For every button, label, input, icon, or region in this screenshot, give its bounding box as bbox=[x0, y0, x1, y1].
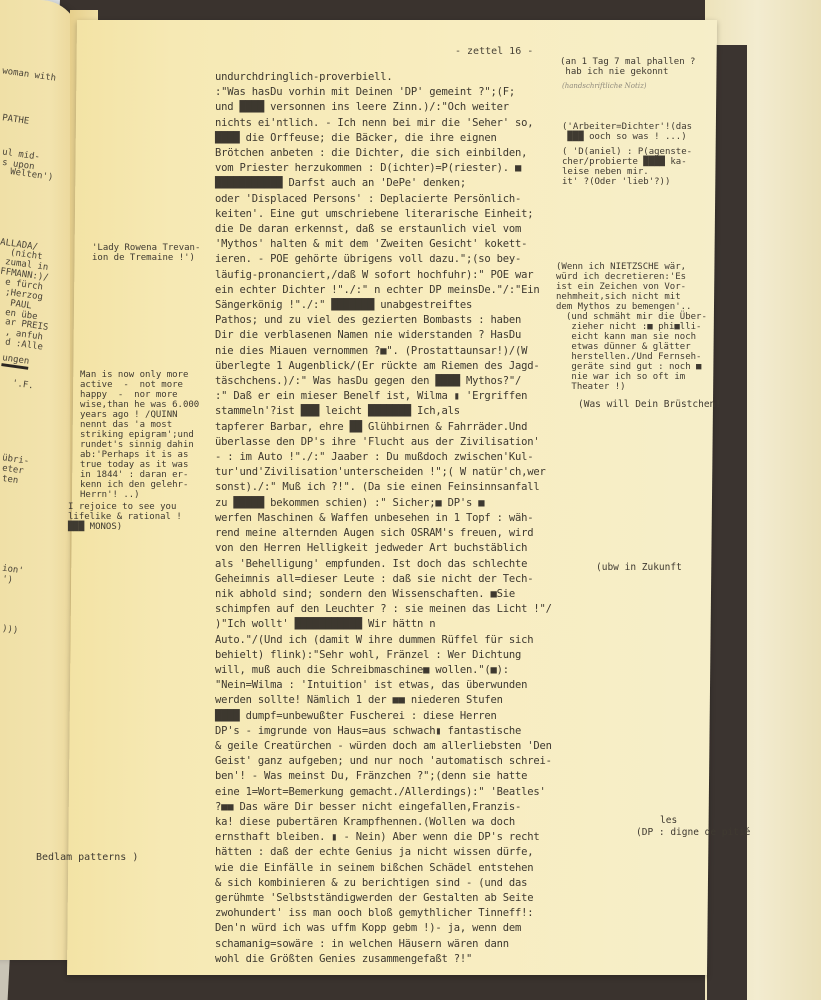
margin-note-quinn: Man is now only more active - not more h… bbox=[80, 370, 199, 500]
note-line: würd ich decretieren:'Es bbox=[556, 272, 686, 282]
note-line: rundet's sinnig dahin bbox=[80, 440, 194, 450]
text-line: Auto."/(Und ich (damit W ihre dummen Rüf… bbox=[215, 633, 585, 648]
text-line: ████ dumpf=unbewußter Fuscherei : diese … bbox=[215, 709, 585, 724]
note-line: ███ ooch so was ! ...) bbox=[562, 132, 687, 142]
note-line: 'Lady Rowena Trevan- bbox=[92, 243, 200, 253]
note-line: ('Arbeiter=Dichter'!(das bbox=[562, 122, 692, 132]
left-fragment: '.F. bbox=[11, 379, 34, 392]
margin-note-daniel: ( 'D(aniel) : P(agenste- cher/probierte … bbox=[562, 147, 692, 187]
left-fragment: ten bbox=[1, 474, 18, 486]
text-line: ka! diese pubertären Krampfhennen.(Wolle… bbox=[215, 815, 585, 830]
text-line: 'Mythos' halten & mit dem 'Zweiten Gesic… bbox=[215, 237, 585, 252]
margin-note-phallen: (an 1 Tag 7 mal phallen ? hab ich nie ge… bbox=[560, 57, 695, 77]
note-line: kenn ich den gelehr- bbox=[80, 480, 188, 490]
text-line: "Nein=Wilma : 'Intuition' ist etwas, das… bbox=[215, 678, 585, 693]
text-line: oder 'Displaced Persons' : Deplacierte P… bbox=[215, 192, 585, 207]
text-line: ███████████ Darfst auch an 'DePe' denken… bbox=[215, 176, 585, 191]
note-line: striking epigram';und bbox=[80, 430, 194, 440]
note-line: geräte sind gut : noch ■ bbox=[566, 362, 701, 372]
text-line: Den'n würd ich was uffm Kopp gebm !)- ja… bbox=[215, 921, 585, 936]
text-line: )"Ich wollt' ███████████ Wir hättn n bbox=[215, 617, 585, 632]
text-line: nichts ei'ntlich. - Ich nenn bei mir die… bbox=[215, 116, 585, 131]
text-line: & sich kombinieren & zu berichtigen sind… bbox=[215, 876, 585, 891]
text-line: schamanig=sowäre : in welchen Häusern wä… bbox=[215, 937, 585, 952]
text-line: täschchens.)/:" Was hasDu gegen den ████… bbox=[215, 374, 585, 389]
margin-note-zukunft: (ubw in Zukunft bbox=[596, 563, 682, 573]
note-line: it' ?(Oder 'lieb'?)) bbox=[562, 177, 670, 187]
text-line: ernsthaft bleiben. ▮ - Nein) Aber wenn d… bbox=[215, 830, 585, 845]
text-line: eine 1=Wort=Bemerkung gemacht./Allerding… bbox=[215, 785, 585, 800]
note-line: nehmheit,sich nicht mit bbox=[556, 292, 681, 302]
pencil-annotation: (handschriftliche Notiz) bbox=[562, 82, 647, 90]
note-line: (und schmäht mir die Über- bbox=[566, 312, 707, 322]
note-line: (an 1 Tag 7 mal phallen ? bbox=[560, 57, 695, 67]
note-line: cher/probierte ████ ka- bbox=[562, 157, 687, 167]
left-fragment: ') bbox=[1, 574, 13, 585]
text-line: überlegte 1 Augenblick/(Er rückte am Rie… bbox=[215, 359, 585, 374]
text-line: ieren. - POE gehörte übrigens voll dazu.… bbox=[215, 252, 585, 267]
page-header: - zettel 16 - bbox=[455, 46, 533, 57]
note-line: eicht kann man sie noch bbox=[566, 332, 696, 342]
margin-note-ueberzieher: (und schmäht mir die Über- zieher nicht … bbox=[566, 312, 707, 392]
note-line: ( 'D(aniel) : P(agenste- bbox=[562, 147, 692, 157]
text-line: nie dies Miauen vernommen ?■". (Prostatt… bbox=[215, 344, 585, 359]
text-line: & geile Creatürchen - würden doch am all… bbox=[215, 739, 585, 754]
text-line: behielt) flink):"Sehr wohl, Fränzel : We… bbox=[215, 648, 585, 663]
text-line: schimpfen auf den Leuchter ? : sie meine… bbox=[215, 602, 585, 617]
text-line: gerühmte 'Selbstständigwerden der Gestal… bbox=[215, 891, 585, 906]
margin-note-bedlam: Bedlam patterns ) bbox=[36, 853, 138, 863]
text-line: :" Daß er ein mieser Benelf ist, Wilma ▮… bbox=[215, 389, 585, 404]
note-line: leise neben mir. bbox=[562, 167, 649, 177]
text-line: zu █████ bekommen schien) :" Sicher;■ DP… bbox=[215, 496, 585, 511]
note-line: Herrn'! ..) bbox=[80, 490, 140, 500]
left-fragment: PATHE bbox=[1, 113, 29, 127]
margin-note-arbeiter: ('Arbeiter=Dichter'!(das ███ ooch so was… bbox=[562, 122, 692, 142]
margin-note-pitie: (DP : digne de pitié bbox=[636, 828, 750, 838]
margin-note-rejoice: I rejoice to see you lifelike & rational… bbox=[68, 502, 182, 532]
text-line: Sängerkönig !"./:" ███████ unabgestreift… bbox=[215, 298, 585, 313]
text-line: :"Was hasDu vorhin mit Deinen 'DP' gemei… bbox=[215, 85, 585, 100]
text-line: stammeln'?ist ███ leicht ███████ Ich,als bbox=[215, 404, 585, 419]
text-line: ████ die Orffeuse; die Bäcker, die ihre … bbox=[215, 131, 585, 146]
note-line: Theater !) bbox=[566, 382, 626, 392]
note-line: I rejoice to see you bbox=[68, 502, 176, 512]
note-line: ███ MONOS) bbox=[68, 522, 122, 532]
text-line: und ████ versonnen ins leere Zinn.)/:"Oc… bbox=[215, 100, 585, 115]
text-line: läufig-pronanciert,/daß W sofort hochfuh… bbox=[215, 268, 585, 283]
text-line: undurchdringlich-proverbiell. bbox=[215, 70, 585, 85]
text-line: Brötchen anbeten : die Dichter, die sich… bbox=[215, 146, 585, 161]
note-line: (Wenn ich NIETZSCHE wär, bbox=[556, 262, 686, 272]
margin-note-nietzsche: (Wenn ich NIETZSCHE wär, würd ich decret… bbox=[556, 262, 691, 312]
text-line: nik abhold sind; sondern den Wissenschaf… bbox=[215, 587, 585, 602]
text-line: ein echter Dichter !"./:" n echter DP me… bbox=[215, 283, 585, 298]
note-line: lifelike & rational ! bbox=[68, 512, 182, 522]
text-line: DP's - imgrunde von Haus=aus schwach▮ fa… bbox=[215, 724, 585, 739]
note-line: happy - nor more bbox=[80, 390, 178, 400]
text-line: werden sollte! Nämlich 1 der ■■ niederen… bbox=[215, 693, 585, 708]
text-line: zwohundert' iss man ooch bloß gemythlich… bbox=[215, 906, 585, 921]
note-line: years ago ! /QUINN bbox=[80, 410, 178, 420]
text-line: will, muß auch die Schreibmaschine■ woll… bbox=[215, 663, 585, 678]
text-line: Pathos; und zu viel des gezierten Bombas… bbox=[215, 313, 585, 328]
note-line: dem Mythos zu bemengen'.. bbox=[556, 302, 691, 312]
left-fragment: Welten') bbox=[10, 167, 54, 183]
text-line: sonst)./:" Muß ich ?!". (Da sie einen Fe… bbox=[215, 480, 585, 495]
text-line: die De daran erkennst, daß se erstaunlic… bbox=[215, 222, 585, 237]
text-line: ?■■ Das wäre Dir besser nicht eingefalle… bbox=[215, 800, 585, 815]
text-line: rend meine alternden Augen sich OSRAM's … bbox=[215, 526, 585, 541]
text-line: tur'und'Zivilisation'unterscheiden !";( … bbox=[215, 465, 585, 480]
text-line: vom Priester herzukommen : D(ichter)=P(r… bbox=[215, 161, 585, 176]
text-line: ben'! - Was meinst Du, Fränzchen ?";(den… bbox=[215, 769, 585, 784]
text-line: wie die Einfälle in seinem bißchen Schäd… bbox=[215, 861, 585, 876]
note-line: hab ich nie gekonnt bbox=[560, 67, 668, 77]
text-line: Dir die verblasenen Namen nie widerstand… bbox=[215, 328, 585, 343]
note-line: wise,than he was 6.000 bbox=[80, 400, 199, 410]
note-line: ab:'Perhaps it is as bbox=[80, 450, 188, 460]
note-line: true today as it was bbox=[80, 460, 188, 470]
text-line: Geheimnis all=dieser Leute : daß sie nic… bbox=[215, 572, 585, 587]
text-line: - : im Auto !"./:" Jaaber : Du mußdoch z… bbox=[215, 450, 585, 465]
note-line: nie war ich so oft im bbox=[566, 372, 685, 382]
note-line: herstellen./Und Fernseh- bbox=[566, 352, 701, 362]
note-line: ist ein Zeichen von Vor- bbox=[556, 282, 686, 292]
left-fragment: ))) bbox=[1, 624, 18, 636]
text-line: tapferer Barbar, ehre ██ Glühbirnen & Fa… bbox=[215, 420, 585, 435]
left-fragment: ungen bbox=[1, 353, 30, 370]
margin-note-lady: 'Lady Rowena Trevan- ion de Tremaine !') bbox=[92, 243, 200, 263]
text-line: hätten : daß der echte Genius ja nicht w… bbox=[215, 845, 585, 860]
text-line: überlasse den DP's ihre 'Flucht aus der … bbox=[215, 435, 585, 450]
note-line: ion de Tremaine !') bbox=[92, 253, 195, 263]
note-line: in 1844' : daran er- bbox=[80, 470, 188, 480]
note-line: zieher nicht :■ phi■lli- bbox=[566, 322, 701, 332]
note-line: nennt das 'a most bbox=[80, 420, 172, 430]
margin-note-les: les bbox=[660, 816, 677, 826]
left-fragment: woman with bbox=[2, 66, 57, 83]
text-line: wohl die Größten Genies zusammengefaßt ?… bbox=[215, 952, 585, 967]
note-line: active - not more bbox=[80, 380, 183, 390]
text-line: von den Herren Helligkeit jedweder Art b… bbox=[215, 541, 585, 556]
text-line: Geist' ganz aufgeben; und nur noch 'auto… bbox=[215, 754, 585, 769]
text-line: werfen Maschinen & Waffen unbesehen in 1… bbox=[215, 511, 585, 526]
text-line: als 'Behelligung' empfunden. Ist doch da… bbox=[215, 557, 585, 572]
note-line: etwas dünner & glätter bbox=[566, 342, 691, 352]
main-text-column: undurchdringlich-proverbiell. :"Was hasD… bbox=[215, 70, 585, 967]
text-line: keiten'. Eine gut umschriebene literaris… bbox=[215, 207, 585, 222]
note-line: Man is now only more bbox=[80, 370, 188, 380]
margin-note-bruestchen: (Was will Dein Brüstchen! bbox=[578, 400, 721, 410]
